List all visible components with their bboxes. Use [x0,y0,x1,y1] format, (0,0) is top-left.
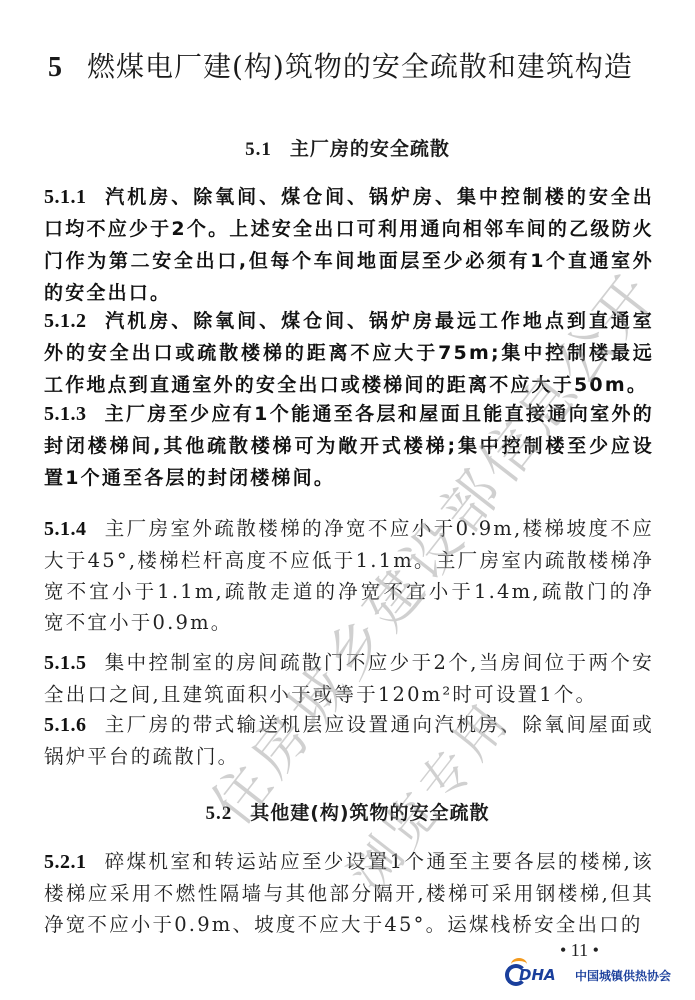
chapter-number: 5 [48,52,63,83]
clause-text: 汽机房、除氧间、煤仓间、锅炉房、集中控制楼的安全出口均不应少于2个。上述安全出口… [44,186,654,304]
clause-text: 主厂房的带式输送机层应设置通向汽机房、除氧间屋面或锅炉平台的疏散门。 [44,713,654,768]
cdha-logo-icon: DHA [505,962,567,988]
section-title-text: 其他建(构)筑物的安全疏散 [250,802,489,824]
logo-text: DHA [519,966,556,984]
section-number: 5.2 [205,803,232,824]
document-page: 5燃煤电厂建(构)筑物的安全疏散和建筑构造 5.1主厂房的安全疏散 5.1.1汽… [0,0,695,1000]
clause-number: 5.1.6 [44,714,87,736]
clause-5-2-1: 5.2.1碎煤机室和转运站应至少设置1个通至主要各层的楼梯,该楼梯应采用不燃性隔… [44,846,654,940]
clause-number: 5.2.1 [44,851,87,873]
clause-5-1-4: 5.1.4主厂房室外疏散楼梯的净宽不应小于0.9m,楼梯坡度不应大于45°,楼梯… [44,513,654,638]
page-number: • 11 • [560,940,599,961]
clause-5-1-2: 5.1.2汽机房、除氧间、煤仓间、锅炉房最远工作地点到直通室外的安全出口或疏散楼… [44,305,654,401]
clause-number: 5.1.4 [44,518,87,540]
clause-5-1-1: 5.1.1汽机房、除氧间、煤仓间、锅炉房、集中控制楼的安全出口均不应少于2个。上… [44,181,654,309]
clause-number: 5.1.2 [44,310,87,332]
chapter-title-text: 燃煤电厂建(构)筑物的安全疏散和建筑构造 [87,50,633,83]
clause-text: 集中控制室的房间疏散门不应少于2个,当房间位于两个安全出口之间,且建筑面积小于或… [44,651,654,706]
publisher-logo: DHA 中国城镇供热协会 [505,962,671,988]
section-title-text: 主厂房的安全疏散 [290,138,450,160]
clause-text: 碎煤机室和转运站应至少设置1个通至主要各层的楼梯,该楼梯应采用不燃性隔墙与其他部… [44,850,654,936]
clause-5-1-3: 5.1.3主厂房至少应有1个能通至各层和屋面且能直接通向室外的封闭楼梯间,其他疏… [44,398,654,494]
section-title-5-1: 5.1主厂房的安全疏散 [0,134,695,161]
clause-number: 5.1.3 [44,403,87,425]
clause-number: 5.1.1 [44,186,87,208]
clause-text: 主厂房室外疏散楼梯的净宽不应小于0.9m,楼梯坡度不应大于45°,楼梯栏杆高度不… [44,517,654,634]
chapter-title: 5燃煤电厂建(构)筑物的安全疏散和建筑构造 [48,45,668,85]
clause-text: 汽机房、除氧间、煤仓间、锅炉房最远工作地点到直通室外的安全出口或疏散楼梯的距离不… [44,310,654,396]
clause-5-1-6: 5.1.6主厂房的带式输送机层应设置通向汽机房、除氧间屋面或锅炉平台的疏散门。 [44,709,654,772]
section-title-5-2: 5.2其他建(构)筑物的安全疏散 [0,798,695,825]
clause-5-1-5: 5.1.5集中控制室的房间疏散门不应少于2个,当房间位于两个安全出口之间,且建筑… [44,647,654,710]
organization-name: 中国城镇供热协会 [575,967,671,984]
clause-number: 5.1.5 [44,652,87,674]
clause-text: 主厂房至少应有1个能通至各层和屋面且能直接通向室外的封闭楼梯间,其他疏散楼梯可为… [44,403,654,489]
section-number: 5.1 [245,139,272,160]
